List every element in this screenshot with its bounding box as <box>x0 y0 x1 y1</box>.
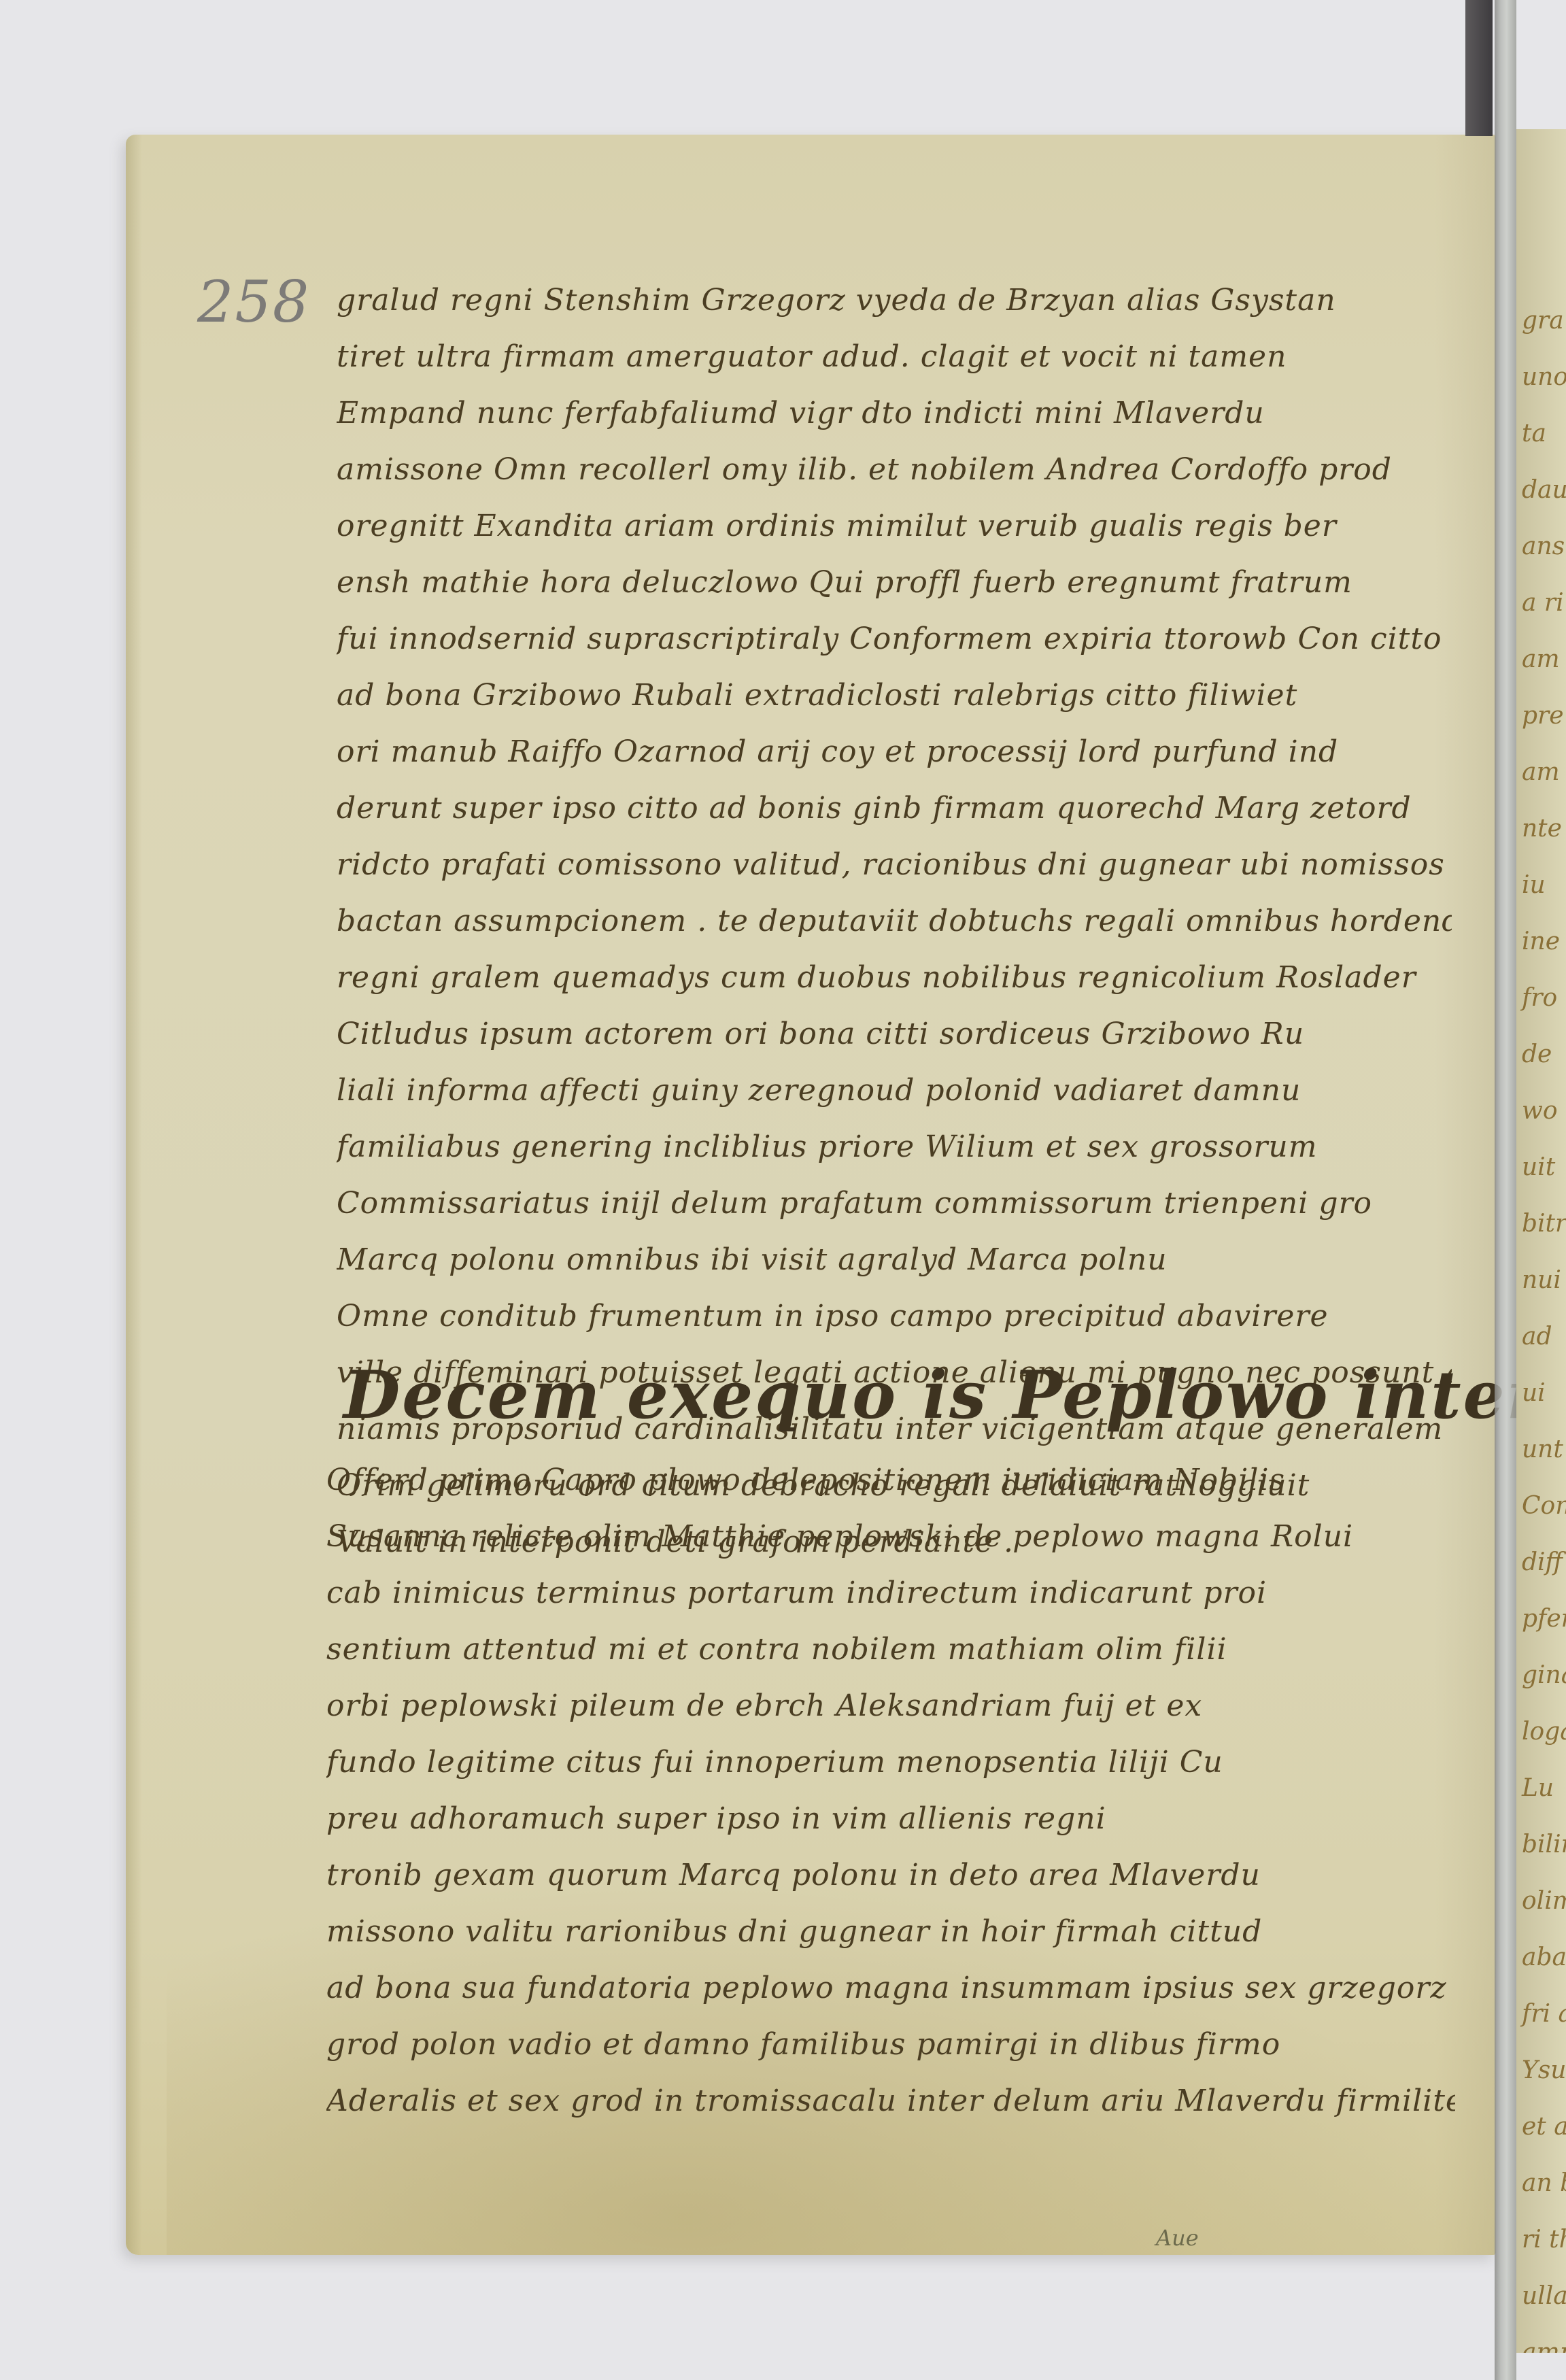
text-line: bactan assumpcionem . te deputaviit dobt… <box>337 893 1452 949</box>
adjacent-fragment: bilir <box>1516 1816 1566 1873</box>
text-line: Aderalis et sex grod in tromissacalu int… <box>326 2073 1455 2129</box>
adjacent-fragment: dau <box>1516 462 1566 518</box>
adjacent-fragment: Cont <box>1516 1478 1566 1534</box>
text-line: oregnitt Exandita ariam ordinis mimilut … <box>337 498 1452 554</box>
text-line: ridcto prafati comissono valitud, racion… <box>337 836 1452 893</box>
text-line: Omne conditub frumentum in ipso campo pr… <box>337 1288 1452 1344</box>
text-line: ad bona sua fundatoria peplowo magna ins… <box>326 1960 1455 2016</box>
adjacent-fragment: iu <box>1516 857 1566 913</box>
adjacent-fragment: loga <box>1516 1703 1566 1760</box>
adjacent-fragment: ri the <box>1516 2211 1566 2268</box>
text-line: Commissariatus inijl delum prafatum comm… <box>337 1175 1452 1231</box>
text-line: fundo legitime citus fui innoperium meno… <box>326 1734 1455 1790</box>
adjacent-fragment: bitr <box>1516 1195 1566 1252</box>
text-line: regni gralem quemadys cum duobus nobilib… <box>337 949 1452 1006</box>
adjacent-fragment: nte <box>1516 800 1566 857</box>
text-line: orbi peplowski pileum de ebrch Aleksandr… <box>326 1678 1455 1734</box>
adjacent-fragment: amp <box>1516 2324 1566 2353</box>
adjacent-fragment: ui <box>1516 1365 1566 1421</box>
text-line: Susanna relicte olim Matthie peplowski d… <box>326 1508 1455 1565</box>
text-line: gralud regni Stenshim Grzegorz vyeda de … <box>337 272 1452 328</box>
text-line: missono valitu rarionibus dni gugnear in… <box>326 1903 1455 1960</box>
adjacent-fragment: et amin <box>1516 2098 1566 2155</box>
page-clip <box>1465 0 1493 136</box>
adjacent-fragment: ulla <box>1516 2268 1566 2324</box>
text-line: ensh mathie hora deluczlowo Qui proffl f… <box>337 554 1452 611</box>
text-line: ori manub Raiffo Ozarnod arij coy et pro… <box>337 724 1452 780</box>
text-line: ad bona Grzibowo Rubali extradiclosti ra… <box>337 667 1452 724</box>
adjacent-fragment: uit <box>1516 1139 1566 1195</box>
adjacent-fragment: am <box>1516 631 1566 687</box>
adjacent-fragment: ad <box>1516 1308 1566 1365</box>
section-heading: Decem exequo is Peplowo interse <box>343 1357 1329 1433</box>
adjacent-fragment: diff <box>1516 1534 1566 1591</box>
adjacent-fragment: olim <box>1516 1873 1566 1929</box>
text-line: cab inimicus terminus portarum indirectu… <box>326 1565 1455 1621</box>
adjacent-fragment: fri al <box>1516 1986 1566 2042</box>
adjacent-fragment: pfer <box>1516 1591 1566 1647</box>
text-line: familiabus genering incliblius priore Wi… <box>337 1119 1452 1175</box>
adjacent-fragment: wo <box>1516 1083 1566 1139</box>
adjacent-fragment: a ri <box>1516 575 1566 631</box>
adjacent-fragment: de <box>1516 1026 1566 1083</box>
adjacent-fragment: an bira <box>1516 2155 1566 2211</box>
adjacent-fragment: fro <box>1516 970 1566 1026</box>
folio-number: 258 <box>197 269 310 335</box>
text-line: Empand nunc ferfabfaliumd vigr dto indic… <box>337 385 1452 441</box>
text-line: amissone Omn recollerl omy ilib. et nobi… <box>337 441 1452 498</box>
text-line: fui innodsernid suprascriptiraly Conform… <box>337 611 1452 667</box>
adjacent-fragment: pre <box>1516 687 1566 744</box>
text-block-lower: Offerd primo Capro plowo delepositionem … <box>326 1452 1455 2129</box>
text-line: Marcq polonu omnibus ibi visit agralyd M… <box>337 1231 1452 1288</box>
text-line: derunt super ipso citto ad bonis ginb fi… <box>337 780 1452 836</box>
text-line: sentium attentud mi et contra nobilem ma… <box>326 1621 1455 1678</box>
footer-catchword: Aue <box>1156 2225 1199 2251</box>
adjacent-fragment: unt <box>1516 1421 1566 1478</box>
text-line: Offerd primo Capro plowo delepositionem … <box>326 1452 1455 1508</box>
adjacent-page-edge: gra unow ta dau ans a ri am pre am nte i… <box>1516 129 1566 2353</box>
text-line: tronib gexam quorum Marcq polonu in deto… <box>326 1847 1455 1903</box>
adjacent-fragment: gra <box>1516 292 1566 349</box>
text-line: preu adhoramuch super ipso in vim allien… <box>326 1790 1455 1847</box>
adjacent-fragment: ans <box>1516 518 1566 575</box>
text-line: Citludus ipsum actorem ori bona citti so… <box>337 1006 1452 1062</box>
adjacent-fragment: Lu <box>1516 1760 1566 1816</box>
adjacent-fragment: gina <box>1516 1647 1566 1703</box>
adjacent-fragment: Ysun <box>1516 2042 1566 2098</box>
glass-plate-edge <box>1495 0 1516 2380</box>
adjacent-fragment: am <box>1516 744 1566 800</box>
adjacent-fragment: ta <box>1516 405 1566 462</box>
adjacent-fragment: unow <box>1516 349 1566 405</box>
text-line: tiret ultra firmam amerguator adud. clag… <box>337 328 1452 385</box>
adjacent-fragment: abani <box>1516 1929 1566 1986</box>
adjacent-fragment: ine <box>1516 913 1566 970</box>
text-line: liali informa affecti guiny zeregnoud po… <box>337 1062 1452 1119</box>
adjacent-fragment: nui <box>1516 1252 1566 1308</box>
text-line: grod polon vadio et damno familibus pami… <box>326 2016 1455 2073</box>
